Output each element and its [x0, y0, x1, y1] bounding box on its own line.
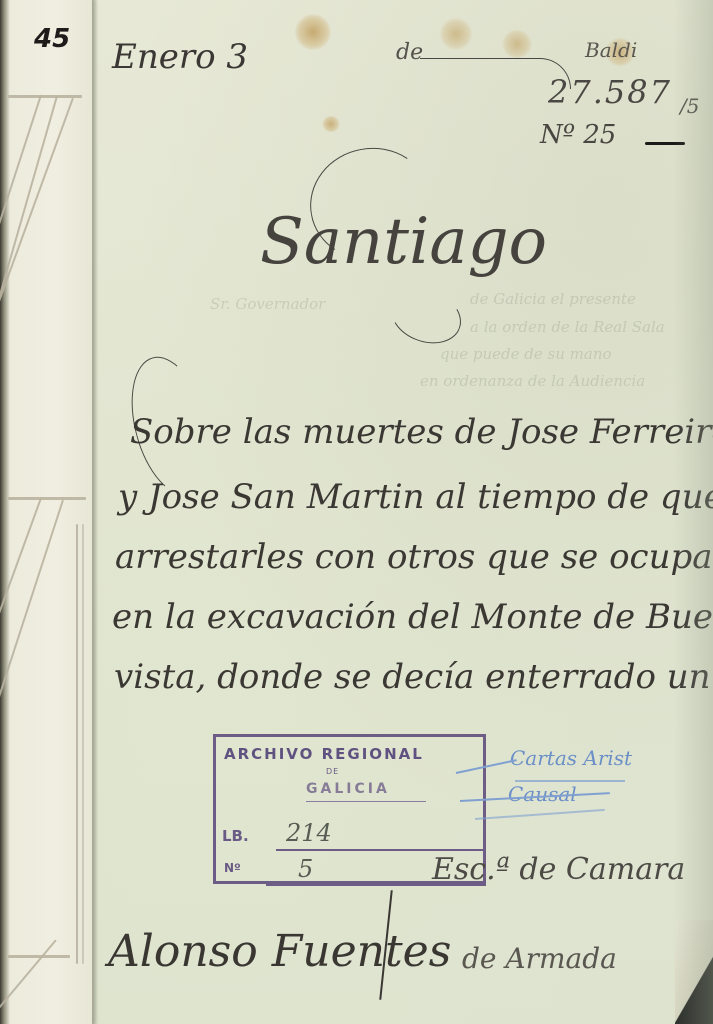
bleed-through-text: de Galicia el presente [470, 290, 636, 308]
folio-number: 45 [34, 26, 70, 52]
item-number: Nº 25 [540, 122, 616, 148]
catalog-suffix: /5 [680, 96, 699, 116]
stamp-n-value: 5 [298, 855, 313, 883]
signature-left: Alonso Fuentes [108, 930, 451, 974]
stamp-lb-value: 214 [286, 819, 332, 847]
blue-underline [475, 809, 605, 820]
body-line-4: en la excavación del Monte de Buena [112, 600, 713, 634]
bleed-through-text: en ordenanza de la Audiencia [420, 372, 645, 390]
foxing-stain [295, 14, 331, 50]
binding-thread [8, 497, 86, 500]
stamp-n-label: Nº [224, 861, 241, 875]
signature-right-line2: de Armada [462, 945, 617, 973]
binding-thread [0, 95, 42, 324]
stamp-rule [306, 801, 426, 802]
torn-corner [675, 920, 713, 1024]
binding-thread [0, 500, 64, 710]
stamp-title: ARCHIVO REGIONAL [224, 745, 424, 763]
stamp-lb-label: LB. [222, 827, 249, 845]
catalog-number: 27.587 [548, 76, 672, 108]
body-line-2: y Jose San Martin al tiempo de querer [118, 480, 713, 514]
body-line-3: arrestarles con otros que se ocupaban [115, 540, 713, 574]
binding-thread [82, 524, 84, 964]
place-descender [383, 279, 468, 352]
binding-thread [0, 98, 74, 305]
body-line-5: vista, donde se decía enterrado un tesor… [114, 660, 713, 694]
stamp-connector: DE [326, 767, 339, 776]
document-date: Enero 3 [112, 40, 248, 74]
stamp-region: GALICIA [306, 781, 390, 797]
place-title: Santiago [260, 210, 547, 274]
spine-shadow [92, 0, 98, 1024]
body-line-1: Sobre las muertes de Jose Ferreiro [130, 415, 713, 449]
binding-spine: 45 [0, 0, 93, 1024]
binding-thread [0, 498, 42, 715]
bleed-through-text: a la orden de la Real Sala [470, 318, 665, 336]
foxing-stain [502, 30, 532, 58]
blue-annotation-1: Cartas Arist [510, 746, 632, 770]
stamp-lb-line [276, 849, 486, 851]
binding-thread [76, 524, 78, 964]
bleed-through-text: que puede de su mano [440, 345, 612, 363]
foxing-stain [440, 18, 472, 50]
binding-thread [0, 939, 57, 1009]
bleed-through-text: Sr. Governador [210, 295, 325, 313]
item-number-underline [645, 142, 685, 145]
manuscript-page: Sr. Governador de Galicia el presente a … [0, 0, 713, 1024]
ink-blot [322, 116, 340, 132]
catalog-label: Baldi [585, 40, 637, 60]
signature-right-line1: Esc.ª de Camara [432, 855, 685, 885]
